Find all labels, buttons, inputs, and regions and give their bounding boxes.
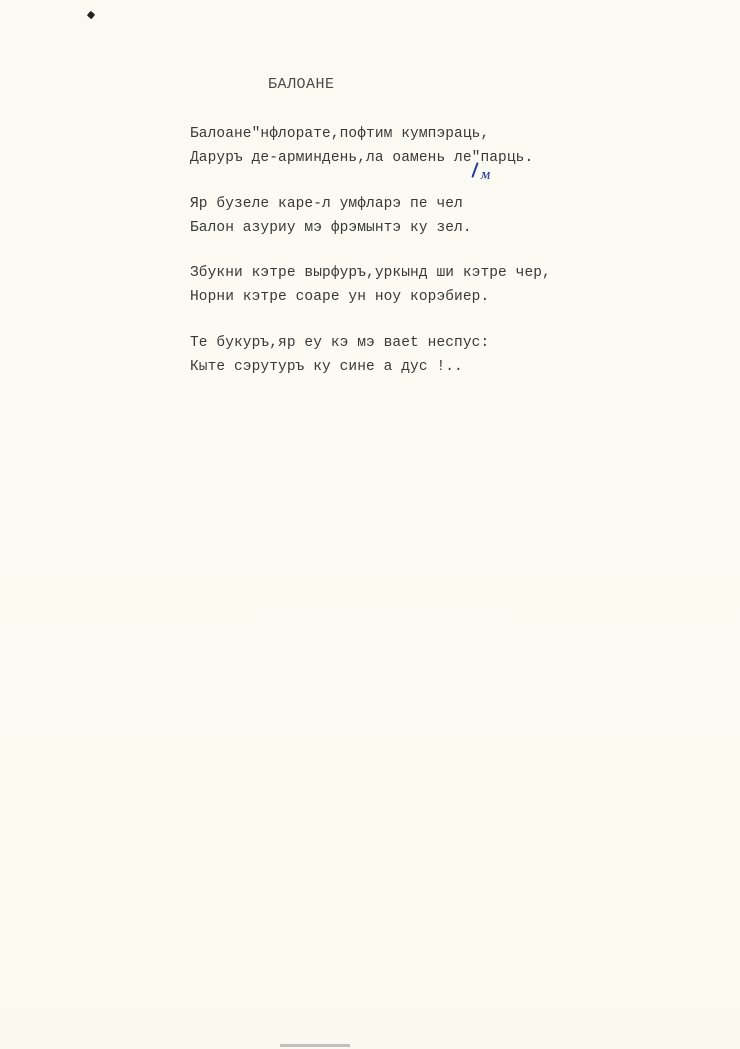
poem-line: Яр бузеле каре-л умфларэ пе чел [190, 192, 472, 216]
ink-mark [87, 11, 95, 19]
typewritten-page: БАЛОАНЕ Балоане"нфлорате,пофтим кумпэрац… [0, 0, 740, 1049]
stanza-1: Балоане"нфлорате,пофтим кумпэраць, Дарур… [190, 122, 533, 170]
stanza-4: Те букуръ,яр еу кэ мэ ваеt неспус: Кыте … [190, 331, 489, 379]
poem-line: Збукни кэтре вырфуръ,уркынд ши кэтре чер… [190, 261, 551, 285]
poem-line: Норни кэтре соаре ун ноу корэбиер. [190, 285, 551, 309]
handwritten-annotation: м [480, 168, 491, 183]
stanza-2: Яр бузеле каре-л умфларэ пе чел Балон аз… [190, 192, 472, 240]
poem-title: БАЛОАНЕ [268, 76, 335, 93]
poem-line: Балоане"нфлорате,пофтим кумпэраць, [190, 122, 533, 146]
poem-line: Те букуръ,яр еу кэ мэ ваеt неспус: [190, 331, 489, 355]
scan-edge-artifact [280, 1044, 350, 1047]
poem-line: Кыте сэрутуръ ку сине а дус !.. [190, 355, 489, 379]
poem-line: Даруръ де-арминдень,ла оамень ле"парць. [190, 146, 533, 170]
poem-line: Балон азуриу мэ фрэмынтэ ку зел. [190, 216, 472, 240]
stanza-3: Збукни кэтре вырфуръ,уркынд ши кэтре чер… [190, 261, 551, 309]
